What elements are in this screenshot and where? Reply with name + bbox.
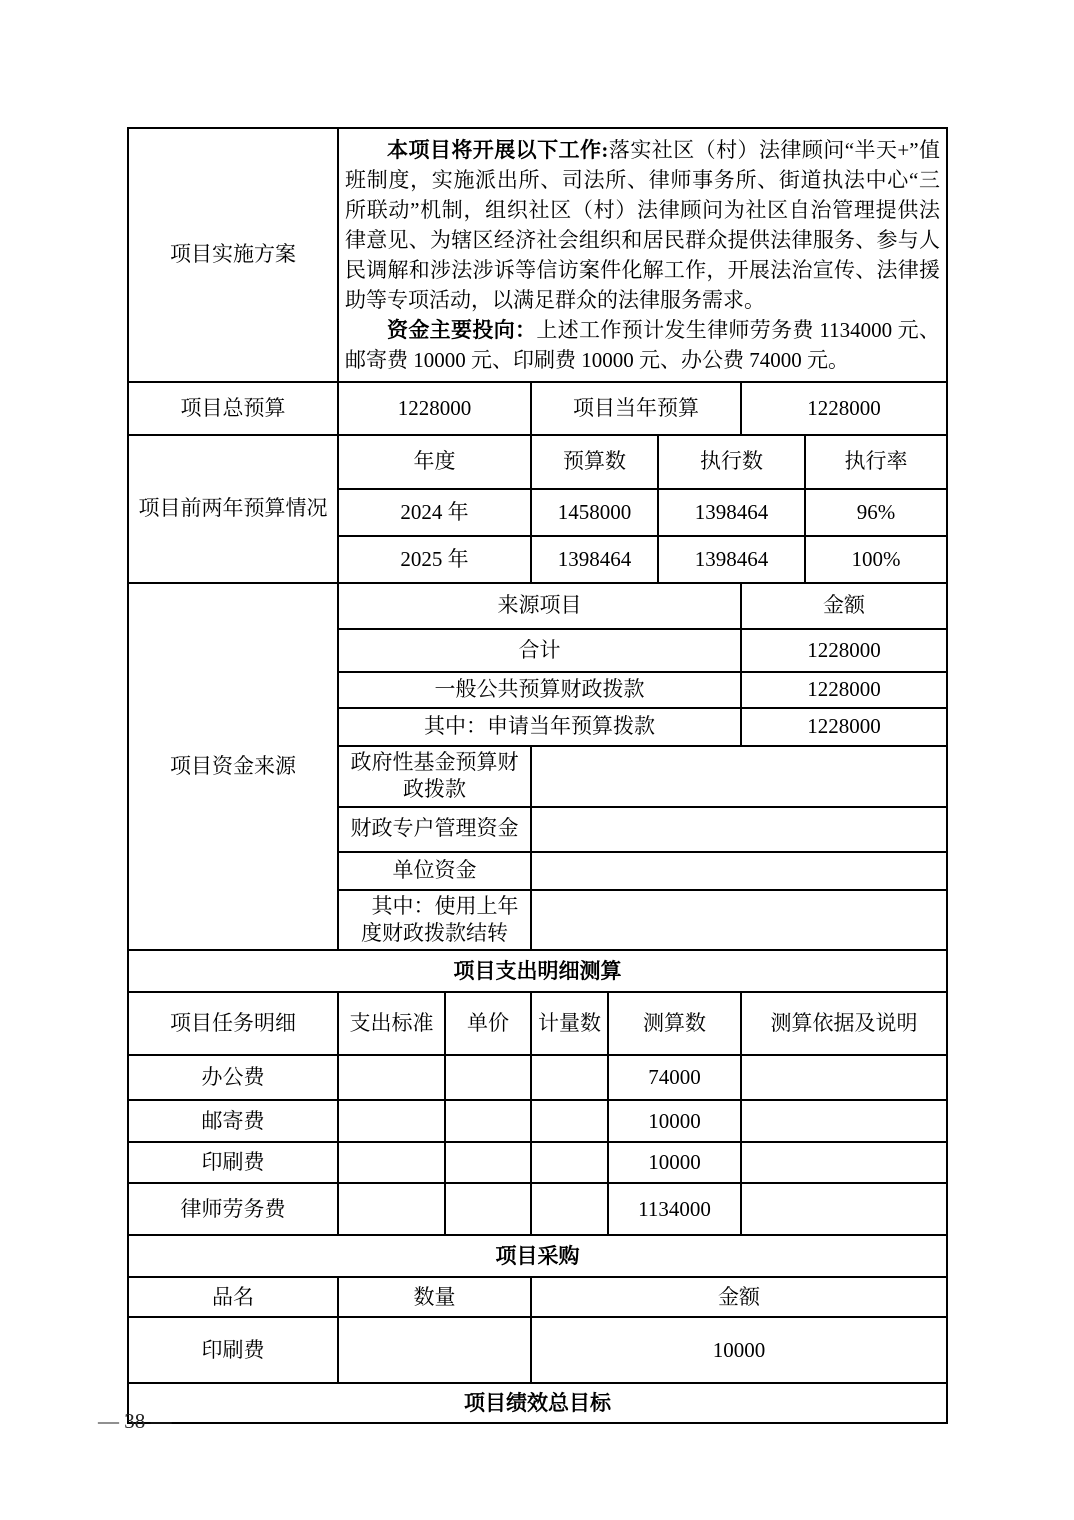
expense-header-unit-price: 单价 <box>445 992 531 1055</box>
expense-task: 律师劳务费 <box>128 1183 338 1235</box>
budget-cell: 1458000 <box>531 489 658 536</box>
funding-source-name: 合计 <box>338 629 741 672</box>
prior-years-header-executed: 执行数 <box>658 435 805 489</box>
expense-unit-price <box>445 1055 531 1100</box>
current-year-budget-value: 1228000 <box>741 382 947 435</box>
expense-basis <box>741 1142 947 1183</box>
expense-unit-price <box>445 1142 531 1183</box>
implementation-paragraph-1: 本项目将开展以下工作:落实社区（村）法律顾问“半天+”值班制度，实施派出所、司法… <box>345 135 940 315</box>
funding-amount-value <box>531 807 947 852</box>
funding-source-name: 财政专户管理资金 <box>338 807 531 852</box>
funding-source-name: 其中：使用上年度财政拨款结转 <box>338 890 531 951</box>
prior-years-header-year: 年度 <box>338 435 531 489</box>
expense-unit-price <box>445 1100 531 1142</box>
expense-row-printing: 印刷费 10000 <box>128 1142 947 1183</box>
expense-quantity <box>531 1142 608 1183</box>
year-cell: 2024 年 <box>338 489 531 536</box>
total-budget-label: 项目总预算 <box>128 382 338 435</box>
para2-lead: 资金主要投向： <box>387 318 536 342</box>
expense-row-office: 办公费 74000 <box>128 1055 947 1100</box>
funding-source-name: 单位资金 <box>338 852 531 890</box>
expense-detail-title-row: 项目支出明细测算 <box>128 950 947 992</box>
funding-amount-value <box>531 746 947 807</box>
expense-quantity <box>531 1055 608 1100</box>
funding-amount-value: 1228000 <box>741 672 947 708</box>
procurement-title: 项目采购 <box>128 1235 947 1277</box>
year-cell: 2025 年 <box>338 536 531 583</box>
expense-standard <box>338 1142 445 1183</box>
expense-estimate: 10000 <box>608 1100 741 1142</box>
implementation-content: 本项目将开展以下工作:落实社区（村）法律顾问“半天+”值班制度，实施派出所、司法… <box>338 128 947 382</box>
procurement-item-quantity <box>338 1317 531 1383</box>
total-budget-row: 项目总预算 1228000 项目当年预算 1228000 <box>128 382 947 435</box>
funding-amount-value <box>531 890 947 951</box>
prior-years-header-row: 项目前两年预算情况 年度 预算数 执行数 执行率 <box>128 435 947 489</box>
funding-source-name: 一般公共预算财政拨款 <box>338 672 741 708</box>
funding-source-name: 政府性基金预算财政拨款 <box>338 746 531 807</box>
expense-standard <box>338 1055 445 1100</box>
performance-title-row: 项目绩效总目标 <box>128 1383 947 1423</box>
prior-years-header-budget: 预算数 <box>531 435 658 489</box>
expense-header-quantity: 计量数 <box>531 992 608 1055</box>
prior-years-label: 项目前两年预算情况 <box>128 435 338 583</box>
procurement-header-amount: 金额 <box>531 1277 947 1317</box>
procurement-header-row: 品名 数量 金额 <box>128 1277 947 1317</box>
expense-header-estimate: 测算数 <box>608 992 741 1055</box>
procurement-header-name: 品名 <box>128 1277 338 1317</box>
funding-label: 项目资金来源 <box>128 583 338 950</box>
expense-estimate: 1134000 <box>608 1183 741 1235</box>
implementation-row: 项目实施方案 本项目将开展以下工作:落实社区（村）法律顾问“半天+”值班制度，实… <box>128 128 947 382</box>
funding-amount-value <box>531 852 947 890</box>
expense-quantity <box>531 1183 608 1235</box>
expense-task: 办公费 <box>128 1055 338 1100</box>
expense-header-standard: 支出标准 <box>338 992 445 1055</box>
expense-standard <box>338 1183 445 1235</box>
expense-basis <box>741 1183 947 1235</box>
funding-header-row: 项目资金来源 来源项目 金额 <box>128 583 947 629</box>
page-number: — 38 — <box>98 1409 172 1434</box>
procurement-row-printing: 印刷费 10000 <box>128 1317 947 1383</box>
expense-standard <box>338 1100 445 1142</box>
para1-body: 落实社区（村）法律顾问“半天+”值班制度，实施派出所、司法所、律师事务所、街道执… <box>345 138 940 312</box>
document-page: 项目实施方案 本项目将开展以下工作:落实社区（村）法律顾问“半天+”值班制度，实… <box>0 0 1074 1520</box>
rate-cell: 96% <box>805 489 947 536</box>
funding-source-name: 其中：申请当年预算拨款 <box>338 708 741 746</box>
expense-basis <box>741 1055 947 1100</box>
expense-row-postage: 邮寄费 10000 <box>128 1100 947 1142</box>
para1-lead: 本项目将开展以下工作: <box>387 138 608 162</box>
funding-amount-value: 1228000 <box>741 708 947 746</box>
expense-header-task: 项目任务明细 <box>128 992 338 1055</box>
expense-basis <box>741 1100 947 1142</box>
executed-cell: 1398464 <box>658 489 805 536</box>
expense-estimate: 10000 <box>608 1142 741 1183</box>
expense-unit-price <box>445 1183 531 1235</box>
expense-detail-header-row: 项目任务明细 支出标准 单价 计量数 测算数 测算依据及说明 <box>128 992 947 1055</box>
procurement-item-name: 印刷费 <box>128 1317 338 1383</box>
expense-quantity <box>531 1100 608 1142</box>
expense-detail-title: 项目支出明细测算 <box>128 950 947 992</box>
expense-header-basis: 测算依据及说明 <box>741 992 947 1055</box>
total-budget-value: 1228000 <box>338 382 531 435</box>
rate-cell: 100% <box>805 536 947 583</box>
implementation-paragraph-2: 资金主要投向：上述工作预计发生律师劳务费 1134000 元、邮寄费 10000… <box>345 315 940 375</box>
funding-amount-header: 金额 <box>741 583 947 629</box>
procurement-header-quantity: 数量 <box>338 1277 531 1317</box>
procurement-title-row: 项目采购 <box>128 1235 947 1277</box>
expense-row-lawyer-service: 律师劳务费 1134000 <box>128 1183 947 1235</box>
current-year-budget-label: 项目当年预算 <box>531 382 741 435</box>
budget-cell: 1398464 <box>531 536 658 583</box>
expense-task: 印刷费 <box>128 1142 338 1183</box>
funding-source-header: 来源项目 <box>338 583 741 629</box>
prior-years-header-rate: 执行率 <box>805 435 947 489</box>
performance-title: 项目绩效总目标 <box>128 1383 947 1423</box>
project-budget-table: 项目实施方案 本项目将开展以下工作:落实社区（村）法律顾问“半天+”值班制度，实… <box>127 127 948 1424</box>
implementation-label: 项目实施方案 <box>128 128 338 382</box>
executed-cell: 1398464 <box>658 536 805 583</box>
expense-estimate: 74000 <box>608 1055 741 1100</box>
procurement-item-amount: 10000 <box>531 1317 947 1383</box>
funding-amount-value: 1228000 <box>741 629 947 672</box>
expense-task: 邮寄费 <box>128 1100 338 1142</box>
